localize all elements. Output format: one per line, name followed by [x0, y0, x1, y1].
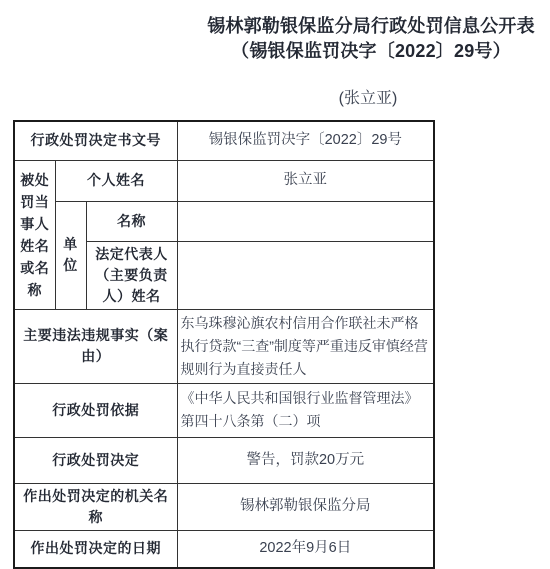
- unit-label-cell: 单位: [55, 201, 86, 309]
- table-row-basis: 行政处罚依据 《中华人民共和国银行业监督管理法》第四十八条第（二）项: [14, 383, 434, 437]
- table-row-authority: 作出处罚决定的机关名称 锡林郭勒银保监分局: [14, 483, 434, 530]
- facts-label-cell: 主要违法违规事实（案由）: [14, 309, 177, 383]
- basis-value-cell: 《中华人民共和国银行业监督管理法》第四十八条第（二）项: [177, 383, 434, 437]
- party-group-label-cell: 被处罚当事人姓名或名称: [14, 160, 55, 309]
- table-row-unit-name: 单位 名称: [14, 201, 434, 241]
- basis-label-cell: 行政处罚依据: [14, 383, 177, 437]
- legal-rep-value-cell: [177, 241, 434, 309]
- penalty-info-table: 行政处罚决定书文号 锡银保监罚决字〔2022〕29号 被处罚当事人姓名或名称 个…: [13, 120, 435, 569]
- decision-label-cell: 行政处罚决定: [14, 437, 177, 483]
- unit-name-value-cell: [177, 201, 434, 241]
- decision-value-cell: 警告，罚款20万元: [177, 437, 434, 483]
- authority-value-cell: 锡林郭勒银保监分局: [177, 483, 434, 530]
- page-subtitle-doc-number: （锡银保监罚决字〔2022〕29号）: [188, 39, 550, 64]
- date-value-cell: 2022年9月6日: [177, 530, 434, 568]
- table-row-facts: 主要违法违规事实（案由） 东乌珠穆沁旗农村信用合作联社未严格执行贷款“三查”制度…: [14, 309, 434, 383]
- table-row-date: 作出处罚决定的日期 2022年9月6日: [14, 530, 434, 568]
- date-label-cell: 作出处罚决定的日期: [14, 530, 177, 568]
- table-row-personal-name: 被处罚当事人姓名或名称 个人姓名 张立亚: [14, 160, 434, 201]
- legal-rep-label-cell: 法定代表人（主要负责人）姓名: [86, 241, 177, 309]
- personal-name-value-cell: 张立亚: [177, 160, 434, 201]
- doc-no-label-cell: 行政处罚决定书文号: [14, 121, 177, 160]
- table-row-doc-no: 行政处罚决定书文号 锡银保监罚决字〔2022〕29号: [14, 121, 434, 160]
- table-row-decision: 行政处罚决定 警告，罚款20万元: [14, 437, 434, 483]
- penalized-person-note: (张立亚): [188, 88, 548, 110]
- doc-no-value-cell: 锡银保监罚决字〔2022〕29号: [177, 121, 434, 160]
- page-title: 锡林郭勒银保监分局行政处罚信息公开表: [188, 14, 550, 39]
- personal-name-label-cell: 个人姓名: [55, 160, 177, 201]
- unit-name-label-cell: 名称: [86, 201, 177, 241]
- authority-label-cell: 作出处罚决定的机关名称: [14, 483, 177, 530]
- page-canvas: 锡林郭勒银保监分局行政处罚信息公开表 （锡银保监罚决字〔2022〕29号） (张…: [0, 0, 550, 569]
- document-header: 锡林郭勒银保监分局行政处罚信息公开表 （锡银保监罚决字〔2022〕29号）: [188, 14, 550, 64]
- facts-value-cell: 东乌珠穆沁旗农村信用合作联社未严格执行贷款“三查”制度等严重违反审慎经营规则行为…: [177, 309, 434, 383]
